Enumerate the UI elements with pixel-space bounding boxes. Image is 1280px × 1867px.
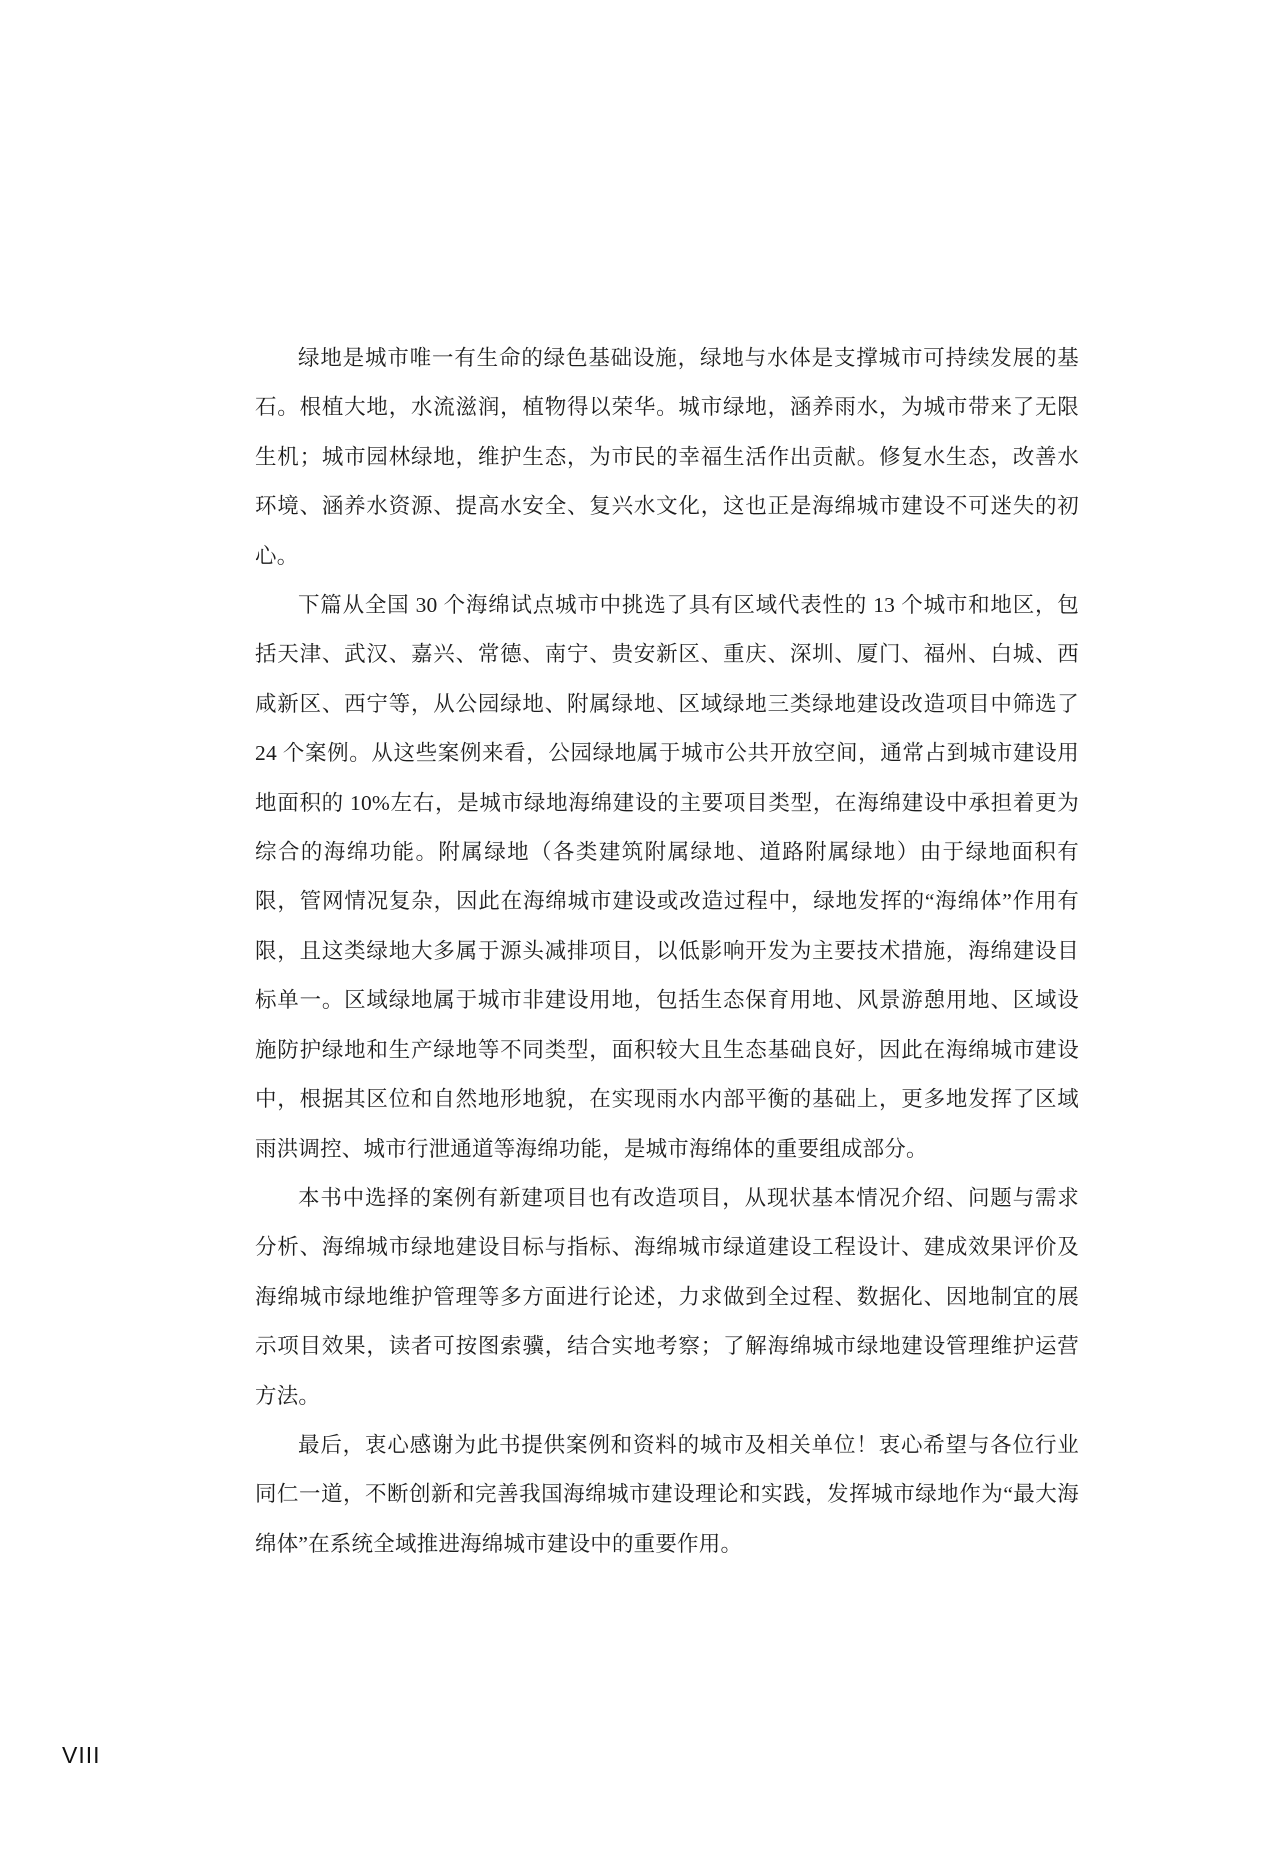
preface-page: 绿地是城市唯一有生命的绿色基础设施，绿地与水体是支撑城市可持续发展的基石。根植大… xyxy=(0,0,1280,1867)
preface-paragraph-3: 本书中选择的案例有新建项目也有改造项目，从现状基本情况介绍、问题与需求分析、海绵… xyxy=(255,1174,1079,1421)
page-number: VIII xyxy=(62,1742,101,1769)
preface-text-block: 绿地是城市唯一有生命的绿色基础设施，绿地与水体是支撑城市可持续发展的基石。根植大… xyxy=(255,334,1079,1569)
preface-paragraph-4: 最后，衷心感谢为此书提供案例和资料的城市及相关单位！衷心希望与各位行业同仁一道，… xyxy=(255,1421,1079,1569)
preface-paragraph-2: 下篇从全国 30 个海绵试点城市中挑选了具有区域代表性的 13 个城市和地区，包… xyxy=(255,581,1079,1174)
preface-paragraph-1: 绿地是城市唯一有生命的绿色基础设施，绿地与水体是支撑城市可持续发展的基石。根植大… xyxy=(255,334,1079,581)
